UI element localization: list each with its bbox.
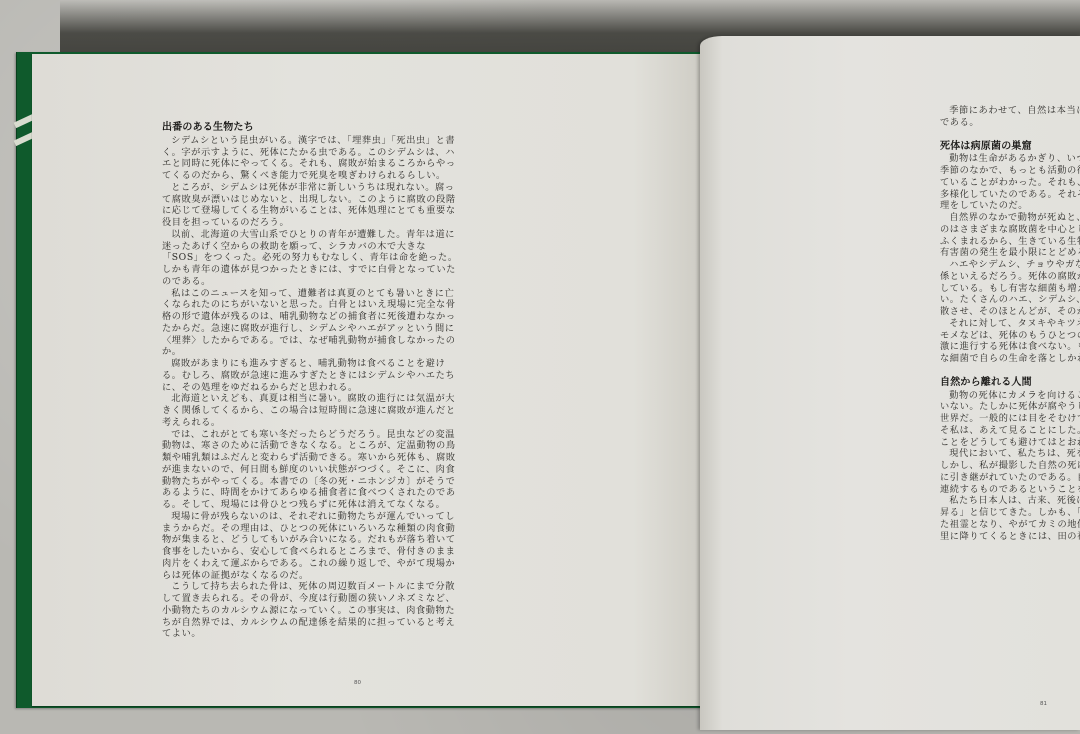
- right-page-text: 季節にあわせて、自然は本当にい である。 死体は病原菌の巣窟 動物は生命があるか…: [940, 105, 1080, 542]
- text-line: 激に進行する死体は食べない。もし: [940, 341, 1080, 353]
- text-line: な細菌で自らの生命を落としかねな: [940, 353, 1080, 365]
- text-line: ていることがわかった。それも、腐: [940, 177, 1080, 189]
- text-line: 動物の死体にカメラを向けること: [940, 390, 1080, 402]
- paragraph: こうして持ち去られた骨は、死体の周辺数百メートルにまで分散して置き去られる。その…: [162, 581, 462, 640]
- section-body: 動物の死体にカメラを向けることいない。たしかに死体が腐やうじに世界だ。一般的には…: [940, 390, 1080, 543]
- left-page-text: 出番のある生物たち シデムシという昆虫がいる。漢字では、「埋葬虫」「死出虫」と書…: [162, 122, 462, 640]
- page-number: 81: [1040, 701, 1047, 707]
- text-line: である。: [940, 117, 1080, 129]
- text-line: 係といえるだろう。死体の腐敗が急: [940, 271, 1080, 283]
- paragraph: 現場に骨が残らないのは、それぞれに動物たちが運んでいってしまうからだ。その理由は…: [162, 511, 462, 582]
- paragraph: 以前、北海道の大雪山系でひとりの青年が遭難した。青年は道に迷ったあげく空からの救…: [162, 229, 462, 288]
- page-number: 80: [354, 680, 361, 686]
- section-heading: 死体は病原菌の巣窟: [940, 141, 1080, 153]
- text-line: 理をしていたのだ。: [940, 200, 1080, 212]
- paragraph: 私はこのニュースを知って、遭難者は真夏のとても暑いときに亡くなられたのにちがいな…: [162, 288, 462, 359]
- text-line: ふくまれるから、生きている生物を: [940, 236, 1080, 248]
- text-line: 世界だ。一般的には目をそむけて: [940, 413, 1080, 425]
- text-line: 季節のなかで、もっとも活動の得意: [940, 165, 1080, 177]
- text-line: 里に降りてくるときには、田の神: [940, 531, 1080, 543]
- text-line: 自然界のなかで動物が死ぬと、そ: [940, 212, 1080, 224]
- text-line: 連続するものであるということを、: [940, 484, 1080, 496]
- text-line: 動物は生命があるかぎり、いつか: [940, 153, 1080, 165]
- text-line: しかし、私が撮影した自然の死は、: [940, 460, 1080, 472]
- text-line: いない。たしかに死体が腐やうじに: [940, 401, 1080, 413]
- paragraph: ところが、シデムシは死体が非常に新しいうちは現れない。腐って腐敗臭が漂いはじめな…: [162, 182, 462, 229]
- paragraph: 北海道といえども、真夏は相当に暑い。腐敗の進行には気温が大きく関係してくるから、…: [162, 393, 462, 428]
- section-heading: 自然から離れる人間: [940, 377, 1080, 389]
- text-line: 昇る」と信じてきた。しかも、「山: [940, 507, 1080, 519]
- text-line: 私たち日本人は、古来、死後は: [940, 495, 1080, 507]
- text-line: ハエやシデムシ、チョウやガなど: [940, 259, 1080, 271]
- paragraph: では、これがとても寒い冬だったらどうだろう。昆虫などの変温動物は、寒さのために活…: [162, 429, 462, 511]
- text-line: している。もし有害な細菌も増えて: [940, 283, 1080, 295]
- text-line: それに対して、タヌキやキツネ、: [940, 318, 1080, 330]
- text-line: 多様化していたのである。それぞれ: [940, 189, 1080, 201]
- text-line: モメなどは、死体のもうひとつの処: [940, 330, 1080, 342]
- text-line: ことをどうしても避けてはとおれな: [940, 437, 1080, 449]
- section-body: 動物は生命があるかぎり、いつか季節のなかで、もっとも活動の得意ていることがわかっ…: [940, 153, 1080, 365]
- text-line: そ私は、あえて見ることにした。自: [940, 425, 1080, 437]
- paragraph: シデムシという昆虫がいる。漢字では、「埋葬虫」「死出虫」と書く。字が示すように、…: [162, 135, 462, 182]
- text-line: 季節にあわせて、自然は本当にい: [940, 105, 1080, 117]
- text-line: 散させ、そのほとんどが、そのから: [940, 306, 1080, 318]
- text-line: 現代において、私たちは、死を単: [940, 448, 1080, 460]
- text-line: た祖霊となり、やがてカミの地位: [940, 519, 1080, 531]
- text-line: に引き継がれていたのである。自然: [940, 472, 1080, 484]
- text-line: のはさまざまな腐敗菌を中心とした: [940, 224, 1080, 236]
- paragraph: 腐敗があまりにも進みすぎると、哺乳動物は食べることを避ける。むしろ、腐敗が急速に…: [162, 358, 462, 393]
- text-line: 有害菌の発生を最小限にとどめる工: [940, 247, 1080, 259]
- section-heading: 出番のある生物たち: [162, 122, 462, 134]
- text-line: い。たくさんのハエ、シデムシ、チ: [940, 294, 1080, 306]
